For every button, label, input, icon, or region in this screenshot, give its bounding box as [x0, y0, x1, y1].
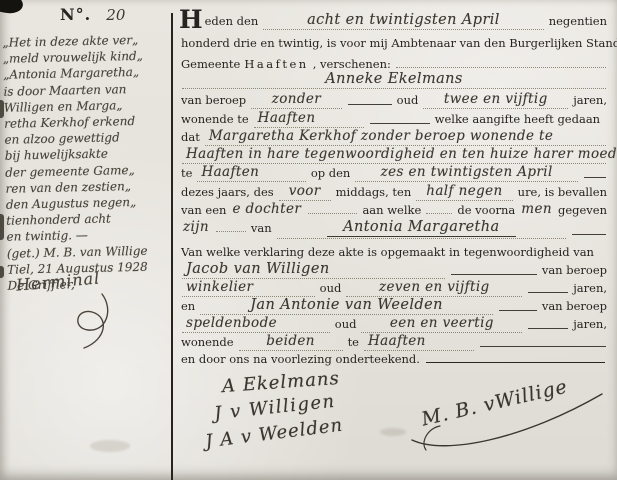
gemeente-name: Haaften	[242, 57, 310, 71]
handwritten-witness2-name: Jan Antonie van Weelden	[246, 297, 447, 313]
printed-text: oud	[333, 317, 359, 331]
dotted-leader	[216, 231, 246, 232]
printed-text: , verschenen:	[311, 57, 393, 71]
form-line-mother-cont: Haaften in hare tegenwoordigheid en ten …	[179, 147, 609, 164]
column-divider-rule	[171, 13, 173, 480]
dotted-leader: twee en vijftig	[423, 92, 568, 109]
handwritten-witness1-occupation: winkelier	[182, 279, 257, 295]
rule-line	[499, 310, 537, 311]
handwritten-occupation: zonder	[268, 91, 325, 107]
rule-line	[528, 292, 568, 293]
form-line-year: honderd drie en twintig, is voor mij Amb…	[179, 36, 609, 50]
dotted-leader: voor	[279, 184, 331, 201]
rule-line	[480, 346, 606, 347]
form-line-mother: dat Margaretha Kerkhof zonder beroep won…	[179, 129, 609, 146]
form-line-witness-intro: Van welke verklaring deze akte is opgema…	[179, 245, 609, 259]
printed-text: op den	[309, 166, 353, 180]
dotted-leader: Haaften	[254, 111, 364, 128]
rule-line	[451, 274, 537, 275]
handwritten-witness1-name: Jacob van Willigen	[182, 261, 334, 277]
closing-rule-line	[426, 362, 605, 363]
dotted-leader: Haaften in hare tegenwoordigheid en ten …	[182, 147, 606, 164]
form-line-witness2-details: speldenbode oud een en veertig jaren,	[179, 316, 609, 333]
handwritten-mother-details: Margaretha Kerkhof zonder beroep wonende…	[205, 128, 557, 144]
act-number-value: 20	[106, 6, 125, 24]
form-line-residence: wonende te Haaften welke aangifte heeft …	[179, 111, 609, 128]
griffier-signature-flourish	[40, 292, 130, 354]
dotted-leader: acht en twintigsten April	[263, 13, 543, 30]
printed-text: jaren,	[571, 317, 609, 331]
form-line-birthplace-date: te Haaften op den zes en twintigsten Apr…	[179, 165, 609, 182]
rule-line	[348, 104, 392, 105]
form-line-witness1-details: winkelier oud zeven en vijftig jaren,	[179, 280, 609, 297]
marginal-annotation: „Het in deze akte ver„ „meld vrouwelijk …	[2, 31, 171, 294]
form-line-witness1-name: Jacob van Willigen van beroep	[179, 262, 609, 279]
printed-text: honderd drie en twintig, is voor mij Amb…	[179, 36, 617, 50]
dotted-leader: zeven en vijftig	[346, 280, 522, 297]
handwritten-witness2-occupation: speldenbode	[182, 315, 281, 331]
rule-line	[584, 177, 606, 178]
dotted-leader: half negen	[416, 184, 512, 201]
printed-text: wonende te	[179, 112, 251, 126]
printed-text: en door ons na voorlezing onderteekend.	[179, 352, 422, 366]
printed-text: van beroep	[179, 93, 248, 107]
printed-text: van beroep	[540, 263, 609, 277]
dotted-leader: Haaften	[197, 165, 305, 182]
dotted-leader: winkelier	[182, 280, 315, 297]
handwritten-zijn: zijn	[179, 219, 213, 235]
handwritten-beiden: beiden	[262, 333, 319, 349]
printed-text: aan welke	[360, 203, 423, 217]
printed-text: oud	[318, 281, 344, 295]
handwritten-am-pm: voor	[285, 183, 325, 199]
handwritten-child-names: Antonia Margaretha	[327, 219, 515, 237]
act-number-label: N°.	[60, 5, 91, 24]
drop-cap-initial: H	[179, 15, 203, 25]
handwritten-birthplace: Haaften	[197, 164, 263, 180]
printed-text: en	[179, 299, 197, 313]
dotted-leader: zonder	[251, 92, 342, 109]
printed-text: oud	[395, 93, 421, 107]
printed-text: Van welke verklaring deze akte is opgema…	[179, 245, 596, 259]
dotted-leader: Jacob van Willigen	[182, 262, 445, 279]
handwritten-declarant-name: Anneke Ekelmans	[321, 71, 466, 87]
handwritten-witnesses-residence: Haaften	[364, 333, 430, 349]
form-line-date: H eden den acht en twintigsten April neg…	[179, 12, 609, 30]
handwritten-child-sex: e dochter	[228, 201, 305, 217]
act-number: N°. 20	[60, 5, 125, 24]
dotted-leader: zes en twintigsten April	[355, 165, 578, 182]
form-line-closing: en door ons na voorlezing onderteekend.	[179, 352, 609, 366]
printed-text: middags, ten	[334, 185, 414, 199]
dotted-leader: Jan Antonie van Weelden	[200, 298, 493, 315]
printed-text: van een	[179, 203, 228, 217]
form-line-witness2-name: en Jan Antonie van Weelden van beroep	[179, 298, 609, 315]
printed-text: te	[346, 335, 361, 349]
handwritten-witness1-age: zeven en vijftig	[375, 279, 494, 295]
dotted-leader	[308, 213, 357, 214]
margin-column: N°. 20 „Het in deze akte ver„ „meld vrou…	[2, 2, 170, 478]
dotted-leader: Antonia Margaretha	[277, 220, 566, 239]
form-line-declarant-name: Anneke Ekelmans	[179, 72, 609, 89]
printed-text: van beroep	[540, 299, 609, 313]
printed-text: ure, is bevallen	[516, 185, 609, 199]
handwritten-residence: Haaften	[254, 110, 320, 126]
dotted-leader: Haaften	[364, 334, 474, 351]
form-line-birth-time: dezes jaars, des voor middags, ten half …	[179, 184, 609, 201]
form-line-child-sex: van een e dochter aan welke de voorna me…	[179, 202, 609, 218]
rule-line	[528, 328, 568, 329]
dotted-leader: Anneke Ekelmans	[182, 72, 606, 89]
rule-line	[572, 234, 606, 235]
dotted-leader	[426, 213, 452, 214]
printed-text: jaren,	[571, 93, 609, 107]
printed-text: gegeven	[556, 203, 609, 217]
handwritten-birthdate: zes en twintigsten April	[377, 164, 557, 180]
dotted-leader	[396, 67, 606, 68]
handwritten-date: acht en twintigsten April	[303, 12, 504, 28]
printed-text: dezes jaars, des	[179, 185, 276, 199]
printed-text: negentien	[547, 14, 609, 28]
handwritten-mother-details-cont: Haaften in hare tegenwoordigheid en ten …	[182, 146, 617, 162]
form-line-child-names: zijn van Antonia Margaretha	[179, 220, 609, 239]
handwritten-suffix: men	[517, 201, 556, 217]
printed-text: jaren,	[571, 281, 609, 295]
printed-text: de voorna	[455, 203, 517, 217]
printed-text: te	[179, 166, 194, 180]
dotted-leader: Margaretha Kerkhof zonder beroep wonende…	[205, 129, 606, 146]
handwritten-hour: half negen	[422, 183, 506, 199]
handwritten-witness2-age: een en veertig	[386, 315, 498, 331]
form-line-witnesses-residence: wonende beiden te Haaften	[179, 334, 609, 351]
handwritten-age: twee en vijftig	[440, 91, 552, 107]
printed-text: van	[249, 221, 274, 235]
birth-record-scan: N°. 20 „Het in deze akte ver„ „meld vrou…	[0, 0, 617, 480]
printed-text: wonende	[179, 335, 236, 349]
printed-text: dat	[179, 130, 202, 144]
dotted-leader: speldenbode	[182, 316, 330, 333]
form-line-occupation-age: van beroep zonder oud twee en vijftig ja…	[179, 92, 609, 109]
printed-text: Gemeente	[179, 57, 242, 71]
dotted-leader: beiden	[239, 334, 343, 351]
dotted-leader: een en veertig	[361, 316, 522, 333]
form-line-gemeente: Gemeente Haaften , verschenen:	[179, 57, 609, 71]
printed-text: welke aangifte heeft gedaan	[433, 112, 602, 126]
printed-text: eden den	[203, 14, 261, 28]
rule-line	[370, 123, 430, 124]
